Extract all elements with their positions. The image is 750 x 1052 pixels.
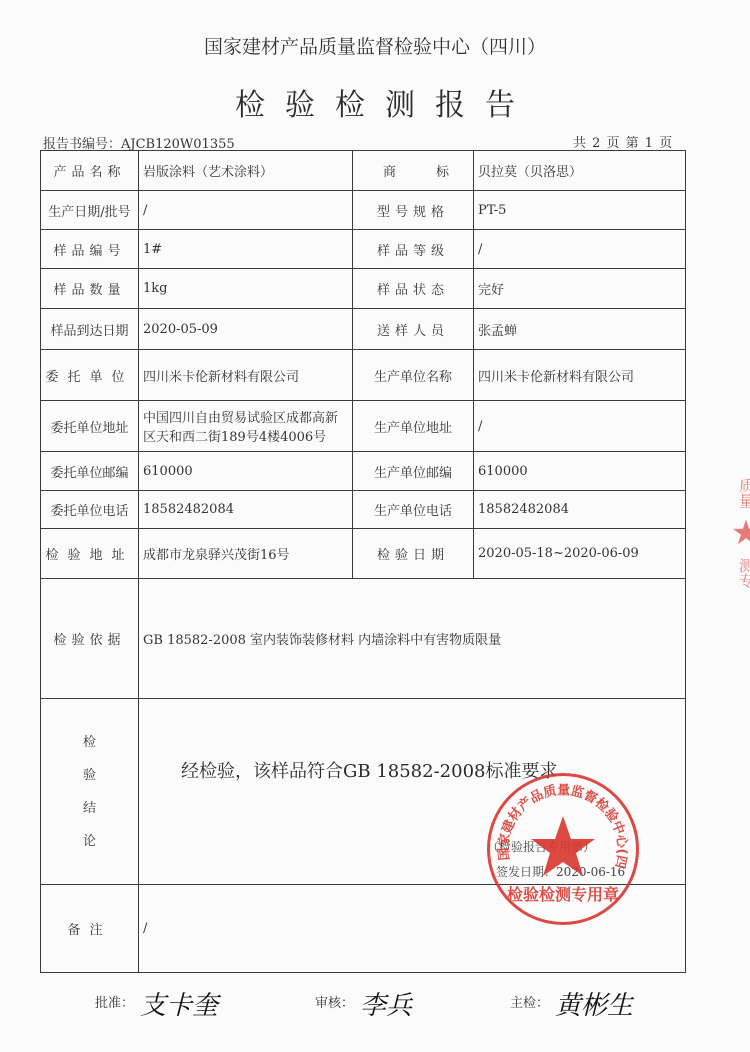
field-value: 完好: [474, 269, 686, 309]
field-value: 成都市龙泉驿兴茂街16号: [139, 529, 353, 579]
approve-label: 批准：: [95, 996, 134, 1011]
field-value: 岩版涂料（艺术涂料）: [139, 151, 353, 191]
field-value: 2020-05-09: [139, 309, 353, 350]
field-label: 生产日期/批号: [41, 191, 139, 230]
table-row: 样品到达日期2020-05-09送样人员张孟蝉: [41, 309, 686, 350]
field-value: 18582482084: [474, 491, 686, 529]
inspect-label: 主检：: [510, 996, 549, 1011]
star-icon: [531, 816, 595, 876]
inspect-signature-mark: 黄彬生: [555, 991, 633, 1021]
field-value: 610000: [474, 452, 686, 491]
field-label: 委托单位: [41, 350, 139, 401]
field-value: /: [139, 191, 353, 230]
basis-value: GB 18582-2008 室内装饰装修材料 内墙涂料中有害物质限量: [139, 579, 686, 699]
field-value: 1kg: [139, 269, 353, 309]
field-label: 生产单位地址: [353, 401, 474, 452]
field-label: 委托单位邮编: [41, 452, 139, 491]
star-icon: ★: [726, 513, 750, 553]
field-label: 检验日期: [353, 529, 474, 579]
table-row: 样品数量1kg样品状态完好: [41, 269, 686, 309]
page-info: 共 2 页 第 1 页: [573, 132, 673, 151]
table-row: 产品名称岩版涂料（艺术涂料）商标贝拉莫（贝洛思）: [41, 151, 686, 191]
table-row: 样品编号1#样品等级/: [41, 230, 686, 269]
field-label: 型号规格: [353, 191, 474, 230]
field-value: 四川米卡伦新材料有限公司: [139, 350, 353, 401]
field-value: 张孟蝉: [474, 309, 686, 350]
field-value: 中国四川自由贸易试验区成都高新区天和西二街189号4楼4006号: [139, 401, 353, 452]
field-value: /: [474, 230, 686, 269]
field-label: 样品等级: [353, 230, 474, 269]
field-value: 四川米卡伦新材料有限公司: [474, 350, 686, 401]
field-value: PT-5: [474, 191, 686, 230]
field-label: 样品到达日期: [41, 309, 139, 350]
field-label: 检验地址: [41, 529, 139, 579]
field-value: 1#: [139, 230, 353, 269]
field-label: 委托单位地址: [41, 401, 139, 452]
field-label: 样品数量: [41, 269, 139, 309]
conclusion-label: 检 验 结 论: [41, 699, 139, 885]
field-value: 18582482084: [139, 491, 353, 529]
table-row: 委托单位四川米卡伦新材料有限公司生产单位名称四川米卡伦新材料有限公司: [41, 350, 686, 401]
field-value: 2020-05-18~2020-06-09: [474, 529, 686, 579]
seal-bottom-text: 检验检测专用章: [507, 885, 619, 904]
table-row: 委托单位邮编610000生产单位邮编610000: [41, 452, 686, 491]
field-label: 生产单位邮编: [353, 452, 474, 491]
seal-graphic: 国家建材产品质量监督检验中心(四川) 检验检测专用章: [490, 776, 636, 922]
review-signature: 审核：李兵: [315, 985, 412, 1022]
approval-signature: 批准：支卡奎: [95, 985, 218, 1022]
table-row: 委托单位电话18582482084生产单位电话18582482084: [41, 491, 686, 529]
field-label: 样品编号: [41, 230, 139, 269]
organization-name: 国家建材产品质量监督检验中心（四川）: [0, 32, 750, 59]
field-label: 送样人员: [353, 309, 474, 350]
field-value: 610000: [139, 452, 353, 491]
field-label: 委托单位电话: [41, 491, 139, 529]
approve-signature: 支卡奎: [140, 991, 218, 1021]
basis-row: 检验依据 GB 18582-2008 室内装饰装修材料 内墙涂料中有害物质限量: [41, 579, 686, 699]
basis-label: 检验依据: [41, 579, 139, 699]
review-signature-mark: 李兵: [360, 991, 412, 1021]
edge-seal-partial: 质量 ★ 测专: [716, 478, 750, 628]
table-row: 委托单位地址中国四川自由贸易试验区成都高新区天和西二街189号4楼4006号生产…: [41, 401, 686, 452]
field-label: 样品状态: [353, 269, 474, 309]
report-title: 检验检测报告: [0, 80, 750, 124]
inspector-signature: 主检：黄彬生: [510, 985, 633, 1022]
field-label: 生产单位名称: [353, 350, 474, 401]
official-seal: 国家建材产品质量监督检验中心(四川) 检验检测专用章: [487, 773, 639, 925]
field-value: /: [474, 401, 686, 452]
field-label: 商标: [353, 151, 474, 191]
field-label: 产品名称: [41, 151, 139, 191]
remarks-label: 备注: [41, 885, 139, 973]
field-value: 贝拉莫（贝洛思）: [474, 151, 686, 191]
review-label: 审核：: [315, 996, 354, 1011]
table-row: 生产日期/批号/型号规格PT-5: [41, 191, 686, 230]
table-row: 检验地址成都市龙泉驿兴茂街16号检验日期2020-05-18~2020-06-0…: [41, 529, 686, 579]
field-label: 生产单位电话: [353, 491, 474, 529]
